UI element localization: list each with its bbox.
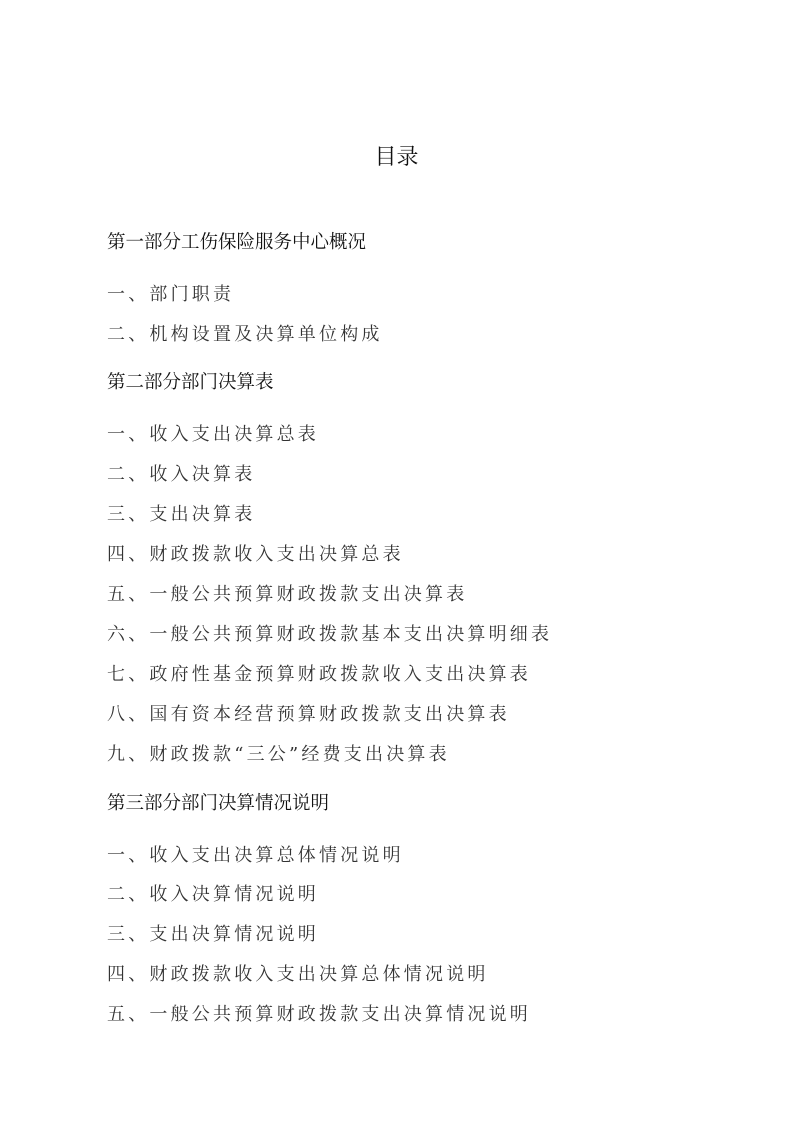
toc-item: 四、财政拨款收入支出决算总体情况说明 <box>107 960 489 986</box>
section-heading-3: 第三部分部门决算情况说明 <box>107 789 329 815</box>
section-heading-1: 第一部分工伤保险服务中心概况 <box>107 228 366 254</box>
toc-item: 一、收入支出决算总体情况说明 <box>107 841 404 867</box>
toc-item: 三、支出决算表 <box>107 500 255 526</box>
toc-item: 三、支出决算情况说明 <box>107 920 319 946</box>
toc-item: 二、收入决算情况说明 <box>107 880 319 906</box>
toc-item: 一、部门职责 <box>107 280 234 306</box>
toc-item: 九、财政拨款“三公”经费支出决算表 <box>107 740 450 766</box>
toc-item: 二、收入决算表 <box>107 460 255 486</box>
toc-item: 七、政府性基金预算财政拨款收入支出决算表 <box>107 660 531 686</box>
section-heading-2: 第二部分部门决算表 <box>107 368 274 394</box>
toc-item: 四、财政拨款收入支出决算总表 <box>107 540 404 566</box>
toc-item: 一、收入支出决算总表 <box>107 420 319 446</box>
toc-item: 五、一般公共预算财政拨款支出决算情况说明 <box>107 1000 531 1026</box>
toc-item: 二、机构设置及决算单位构成 <box>107 320 383 346</box>
toc-item: 八、国有资本经营预算财政拨款支出决算表 <box>107 700 510 726</box>
toc-item: 六、一般公共预算财政拨款基本支出决算明细表 <box>107 620 552 646</box>
page-title: 目录 <box>0 140 793 171</box>
toc-item: 五、一般公共预算财政拨款支出决算表 <box>107 580 467 606</box>
